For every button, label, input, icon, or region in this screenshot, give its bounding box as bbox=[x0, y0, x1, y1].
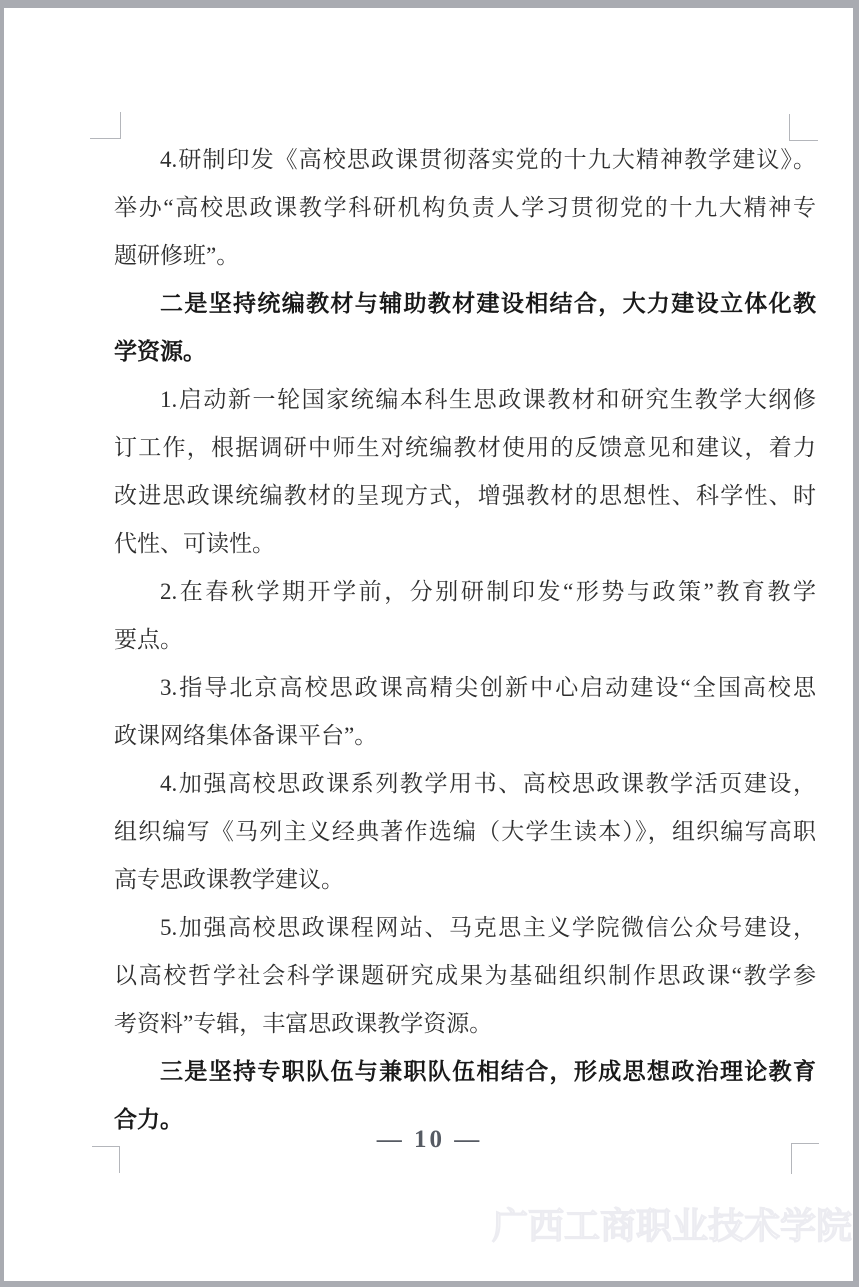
document-line: 三是坚持专职队伍与兼职队伍相结合，形成思想政治理论教育 bbox=[114, 1048, 816, 1096]
document-line: 以高校哲学社会科学课题研究成果为基础组织制作思政课“教学参 bbox=[114, 952, 816, 1000]
page-number: — 10 — bbox=[0, 1126, 859, 1154]
document-line: 组织编写《马列主义经典著作选编（大学生读本）》，组织编写高职 bbox=[114, 808, 816, 856]
document-line: 1.启动新一轮国家统编本科生思政课教材和研究生教学大纲修 bbox=[114, 376, 816, 424]
document-line: 4.加强高校思政课系列教学用书、高校思政课教学活页建设， bbox=[114, 760, 816, 808]
scanned-document-page: 4.研制印发《高校思政课贯彻落实党的十九大精神教学建议》。举办“高校思政课教学科… bbox=[0, 0, 859, 1287]
body-paragraph: 3.指导北京高校思政课高精尖创新中心启动建设“全国高校思政课网络集体备课平台”。 bbox=[114, 664, 816, 760]
document-line: 3.指导北京高校思政课高精尖创新中心启动建设“全国高校思 bbox=[114, 664, 816, 712]
document-line: 订工作，根据调研中师生对统编教材使用的反馈意见和建议，着力 bbox=[114, 424, 816, 472]
document-line: 4.研制印发《高校思政课贯彻落实党的十九大精神教学建议》。 bbox=[114, 136, 816, 184]
document-line: 代性、可读性。 bbox=[114, 520, 816, 568]
scan-edge-top bbox=[0, 0, 859, 8]
text-block: 4.研制印发《高校思政课贯彻落实党的十九大精神教学建议》。举办“高校思政课教学科… bbox=[114, 136, 816, 1144]
document-line: 改进思政课统编教材的呈现方式，增强教材的思想性、科学性、时 bbox=[114, 472, 816, 520]
document-line: 要点。 bbox=[114, 616, 816, 664]
scan-edge-bottom bbox=[0, 1281, 859, 1287]
document-line: 2.在春秋学期开学前，分别研制印发“形势与政策”教育教学 bbox=[114, 568, 816, 616]
body-paragraph: 2.在春秋学期开学前，分别研制印发“形势与政策”教育教学要点。 bbox=[114, 568, 816, 664]
document-line: 题研修班”。 bbox=[114, 232, 816, 280]
scan-edge-right bbox=[853, 8, 859, 1287]
document-line: 学资源。 bbox=[114, 328, 816, 376]
document-line: 高专思政课教学建议。 bbox=[114, 856, 816, 904]
document-line: 5.加强高校思政课程网站、马克思主义学院微信公众号建设， bbox=[114, 904, 816, 952]
document-line: 政课网络集体备课平台”。 bbox=[114, 712, 816, 760]
body-paragraph: 1.启动新一轮国家统编本科生思政课教材和研究生教学大纲修订工作，根据调研中师生对… bbox=[114, 376, 816, 568]
document-line: 考资料”专辑，丰富思政课教学资源。 bbox=[114, 1000, 816, 1048]
heading-paragraph: 二是坚持统编教材与辅助教材建设相结合，大力建设立体化教学资源。 bbox=[114, 280, 816, 376]
document-line: 举办“高校思政课教学科研机构负责人学习贯彻党的十九大精神专 bbox=[114, 184, 816, 232]
body-paragraph: 5.加强高校思政课程网站、马克思主义学院微信公众号建设，以高校哲学社会科学课题研… bbox=[114, 904, 816, 1048]
body-paragraph: 4.加强高校思政课系列教学用书、高校思政课教学活页建设，组织编写《马列主义经典著… bbox=[114, 760, 816, 904]
body-paragraph: 4.研制印发《高校思政课贯彻落实党的十九大精神教学建议》。举办“高校思政课教学科… bbox=[114, 136, 816, 280]
document-line: 二是坚持统编教材与辅助教材建设相结合，大力建设立体化教 bbox=[114, 280, 816, 328]
scan-edge-left bbox=[0, 8, 4, 1287]
watermark: 广西工商职业技术学院 bbox=[492, 1198, 852, 1249]
crop-mark-top-left-icon bbox=[90, 112, 121, 139]
